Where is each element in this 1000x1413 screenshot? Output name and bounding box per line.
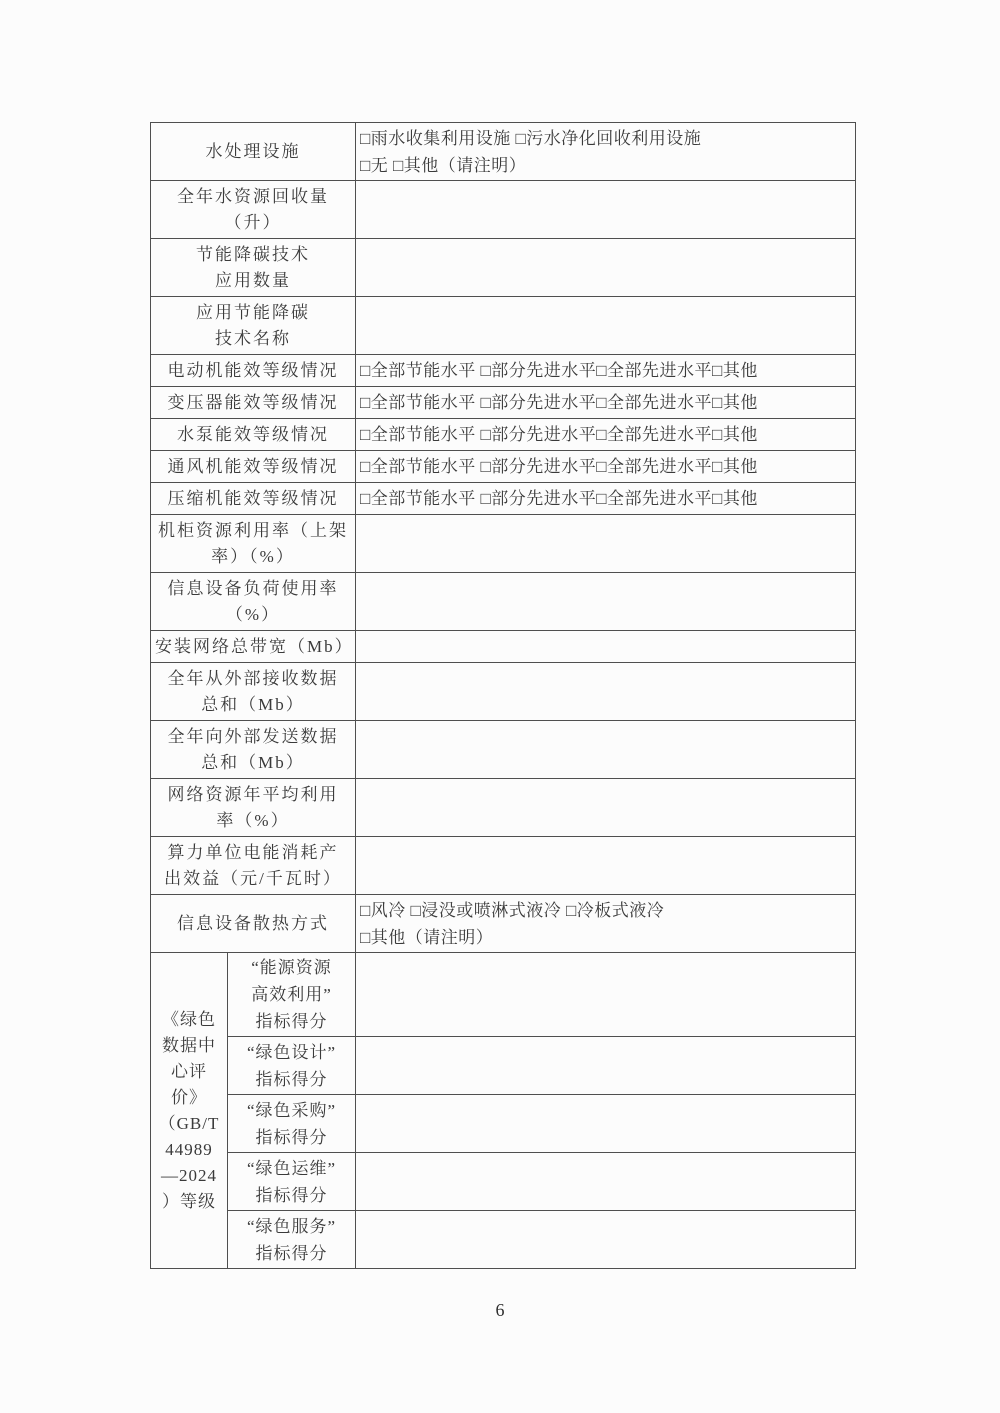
row-value	[356, 515, 856, 573]
row-label: 算力单位电能消耗产 出效益（元/千瓦时）	[151, 837, 356, 895]
rating-sub-label: “绿色运维” 指标得分	[228, 1153, 356, 1211]
row-label: 应用节能降碳 技术名称	[151, 297, 356, 355]
table-row: 节能降碳技术 应用数量	[151, 239, 856, 297]
row-value	[356, 779, 856, 837]
row-label: 通风机能效等级情况	[151, 451, 356, 483]
table-row: 网络资源年平均利用 率（%）	[151, 779, 856, 837]
row-value: □全部节能水平 □部分先进水平□全部先进水平□其他	[356, 355, 856, 387]
document-page: 水处理设施 □雨水收集利用设施 □污水净化回收利用设施 □无 □其他（请注明） …	[0, 0, 1000, 1413]
row-value: □全部节能水平 □部分先进水平□全部先进水平□其他	[356, 387, 856, 419]
table-row: 算力单位电能消耗产 出效益（元/千瓦时）	[151, 837, 856, 895]
row-value	[356, 297, 856, 355]
table-row: 通风机能效等级情况 □全部节能水平 □部分先进水平□全部先进水平□其他	[151, 451, 856, 483]
rating-sub-label: “绿色设计” 指标得分	[228, 1037, 356, 1095]
table-row: 水泵能效等级情况 □全部节能水平 □部分先进水平□全部先进水平□其他	[151, 419, 856, 451]
row-value: □雨水收集利用设施 □污水净化回收利用设施 □无 □其他（请注明）	[356, 123, 856, 181]
rating-sub-label: “绿色服务” 指标得分	[228, 1211, 356, 1269]
table-row: “绿色服务” 指标得分	[151, 1211, 856, 1269]
row-label: 压缩机能效等级情况	[151, 483, 356, 515]
row-value: □全部节能水平 □部分先进水平□全部先进水平□其他	[356, 451, 856, 483]
table-row: 电动机能效等级情况 □全部节能水平 □部分先进水平□全部先进水平□其他	[151, 355, 856, 387]
table-row: “绿色设计” 指标得分	[151, 1037, 856, 1095]
form-table: 水处理设施 □雨水收集利用设施 □污水净化回收利用设施 □无 □其他（请注明） …	[150, 122, 856, 1269]
row-label: 全年从外部接收数据 总和（Mb）	[151, 663, 356, 721]
table-row: 变压器能效等级情况 □全部节能水平 □部分先进水平□全部先进水平□其他	[151, 387, 856, 419]
rating-sub-label: “绿色采购” 指标得分	[228, 1095, 356, 1153]
row-value	[356, 837, 856, 895]
row-value	[356, 181, 856, 239]
table-row: 《绿色 数据中 心评 价》 （GB/T 44989 —2024 ）等级 “能源资…	[151, 953, 856, 1037]
rating-sub-label: “能源资源 高效利用” 指标得分	[228, 953, 356, 1037]
rating-standard-label: 《绿色 数据中 心评 价》 （GB/T 44989 —2024 ）等级	[151, 953, 228, 1269]
row-label: 水泵能效等级情况	[151, 419, 356, 451]
rating-sub-value	[356, 1153, 856, 1211]
row-label: 水处理设施	[151, 123, 356, 181]
row-label: 全年向外部发送数据 总和（Mb）	[151, 721, 356, 779]
table-row: 全年从外部接收数据 总和（Mb）	[151, 663, 856, 721]
row-value	[356, 663, 856, 721]
rating-sub-value	[356, 1211, 856, 1269]
row-label: 节能降碳技术 应用数量	[151, 239, 356, 297]
row-value	[356, 239, 856, 297]
table-row: 机柜资源利用率（上架 率）（%）	[151, 515, 856, 573]
row-label: 信息设备散热方式	[151, 895, 356, 953]
row-label: 网络资源年平均利用 率（%）	[151, 779, 356, 837]
row-label: 信息设备负荷使用率 （%）	[151, 573, 356, 631]
table-row: 水处理设施 □雨水收集利用设施 □污水净化回收利用设施 □无 □其他（请注明）	[151, 123, 856, 181]
rating-sub-value	[356, 953, 856, 1037]
table-row: 应用节能降碳 技术名称	[151, 297, 856, 355]
page-number: 6	[0, 1300, 1000, 1321]
table-row: 信息设备散热方式 □风冷 □浸没或喷淋式液冷 □冷板式液冷 □其他（请注明）	[151, 895, 856, 953]
table-row: “绿色采购” 指标得分	[151, 1095, 856, 1153]
row-label: 全年水资源回收量 （升）	[151, 181, 356, 239]
row-value	[356, 721, 856, 779]
row-value: □全部节能水平 □部分先进水平□全部先进水平□其他	[356, 483, 856, 515]
rating-sub-value	[356, 1095, 856, 1153]
row-label: 机柜资源利用率（上架 率）（%）	[151, 515, 356, 573]
row-value: □风冷 □浸没或喷淋式液冷 □冷板式液冷 □其他（请注明）	[356, 895, 856, 953]
row-label: 变压器能效等级情况	[151, 387, 356, 419]
table-row: 全年向外部发送数据 总和（Mb）	[151, 721, 856, 779]
table-row: 压缩机能效等级情况 □全部节能水平 □部分先进水平□全部先进水平□其他	[151, 483, 856, 515]
row-value: □全部节能水平 □部分先进水平□全部先进水平□其他	[356, 419, 856, 451]
row-label: 电动机能效等级情况	[151, 355, 356, 387]
row-value	[356, 573, 856, 631]
table-row: 安装网络总带宽（Mb）	[151, 631, 856, 663]
row-label: 安装网络总带宽（Mb）	[151, 631, 356, 663]
row-value	[356, 631, 856, 663]
table-row: “绿色运维” 指标得分	[151, 1153, 856, 1211]
rating-sub-value	[356, 1037, 856, 1095]
table-row: 全年水资源回收量 （升）	[151, 181, 856, 239]
table-row: 信息设备负荷使用率 （%）	[151, 573, 856, 631]
